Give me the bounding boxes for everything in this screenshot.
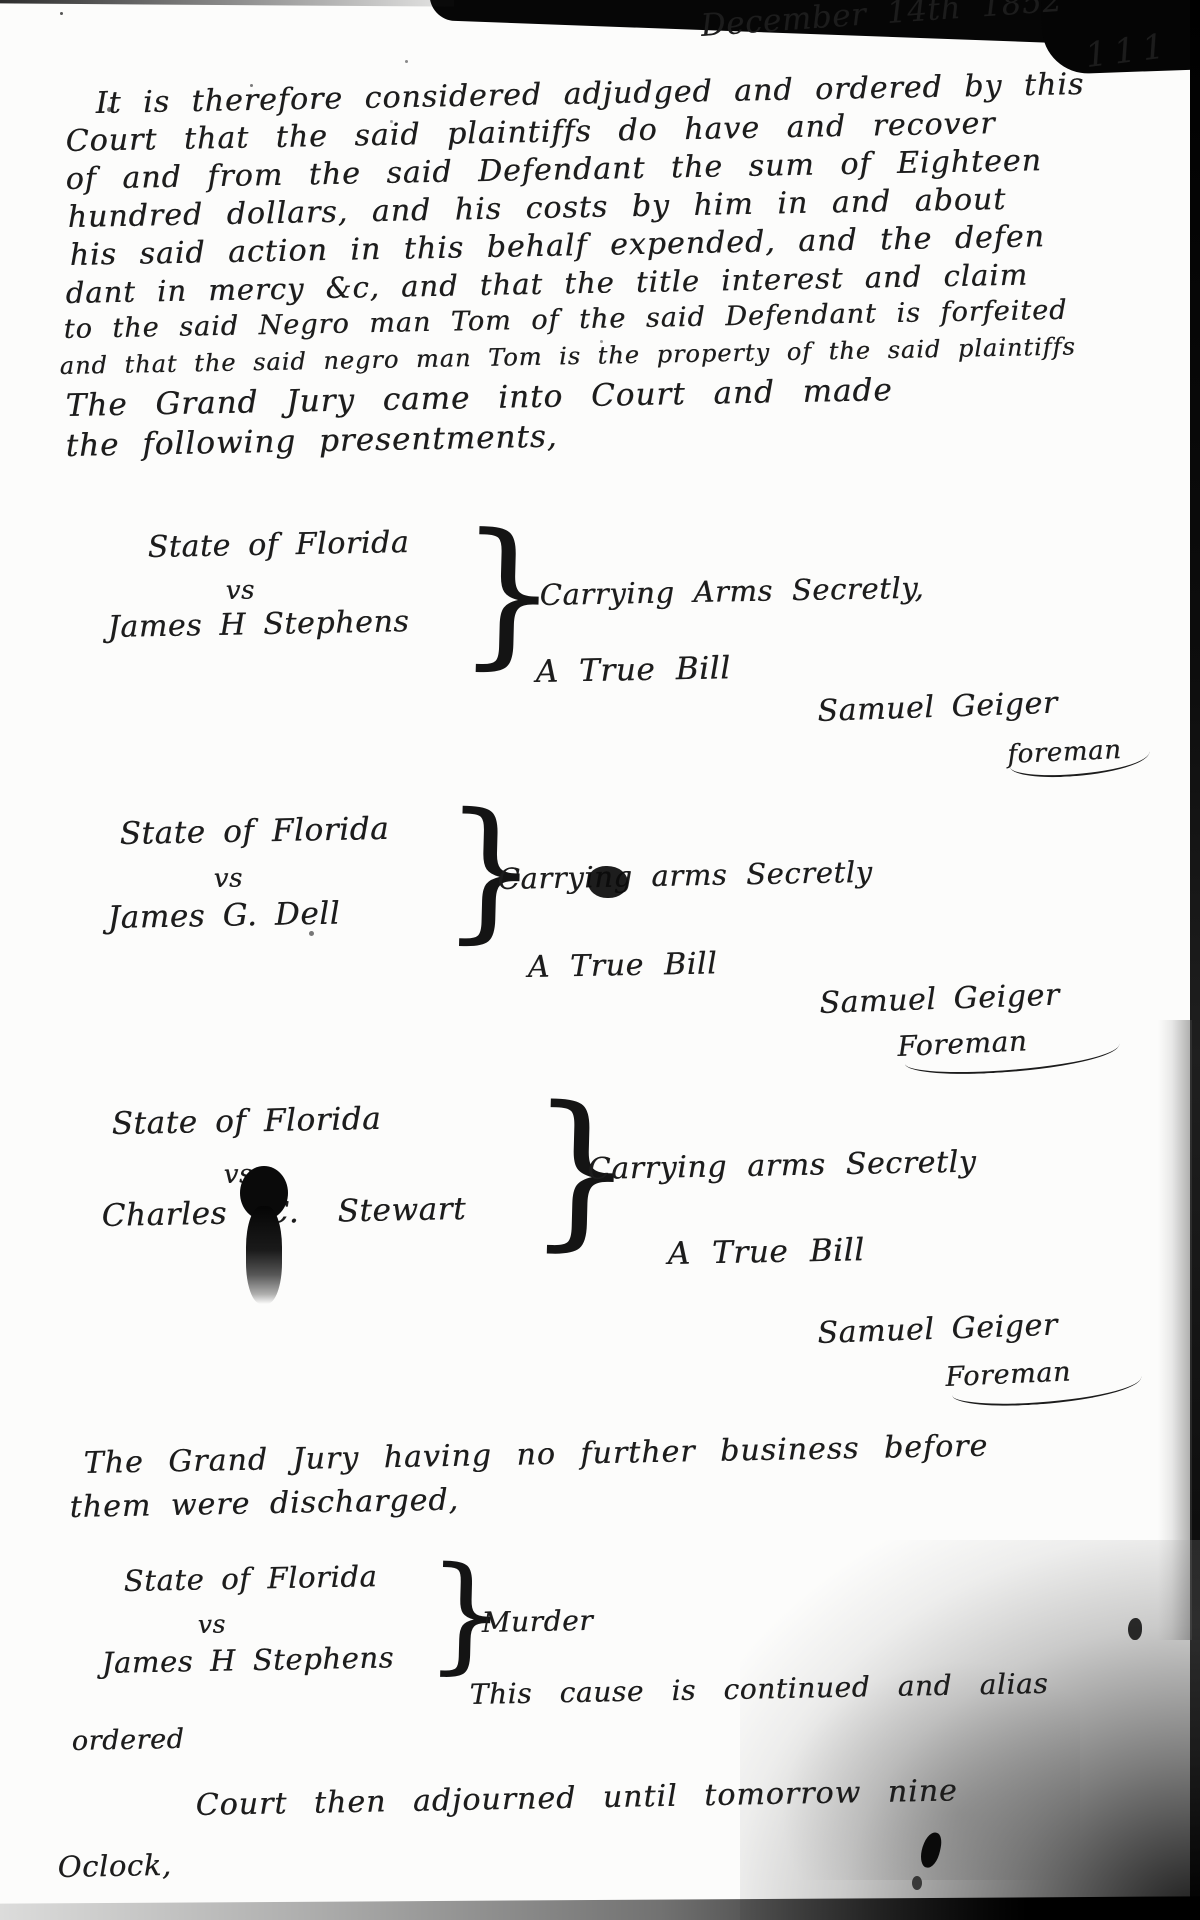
case-charge: Murder <box>481 1604 593 1639</box>
case-defendant: James H Stephens <box>107 604 409 645</box>
case-vs: vs <box>225 575 255 606</box>
case-finding: A True Bill <box>535 650 731 690</box>
case-plaintiff: State of Florida <box>111 1101 381 1142</box>
case-defendant: James G. Dell <box>107 896 340 936</box>
scan-edge-top-sliver <box>0 0 454 7</box>
ink-blot-smear <box>246 1206 282 1304</box>
foreman-signature: Samuel Geiger <box>819 978 1061 1021</box>
case-charge: Carrying arms Secretly <box>497 855 872 896</box>
scan-edge-bottom <box>0 1896 1200 1920</box>
judgment-line: the following presentments, <box>65 419 558 464</box>
discharge-line: them were discharged, <box>69 1483 459 1525</box>
case-vs: vs <box>213 863 243 894</box>
case-plaintiff: State of Florida <box>123 1559 377 1598</box>
case-vs: vs <box>197 1609 226 1639</box>
case-charge: Carrying arms Secretly <box>587 1145 976 1187</box>
case-defendant: James H Stephens <box>101 1640 394 1680</box>
case-disposition: ordered <box>71 1724 184 1757</box>
ink-speck <box>912 1876 922 1890</box>
case-finding: A True Bill <box>667 1232 865 1272</box>
foreman-signature: Samuel Geiger <box>817 1308 1059 1351</box>
foreman-signature: Samuel Geiger <box>817 686 1059 729</box>
ink-blot <box>588 866 628 898</box>
adjournment-line: Oclock, <box>57 1848 172 1884</box>
case-plaintiff: State of Florida <box>147 525 409 565</box>
paper-specks <box>60 12 63 15</box>
case-charge: Carrying Arms Secretly, <box>539 571 924 612</box>
judgment-line: The Grand Jury came into Court and made <box>65 372 893 424</box>
discharge-line: The Grand Jury having no further busines… <box>83 1429 988 1481</box>
document-page: December 14th 1852 111 It is therefore c… <box>0 0 1200 1920</box>
case-finding: A True Bill <box>527 946 717 985</box>
case-plaintiff: State of Florida <box>119 811 389 852</box>
ink-speck <box>1128 1618 1142 1640</box>
